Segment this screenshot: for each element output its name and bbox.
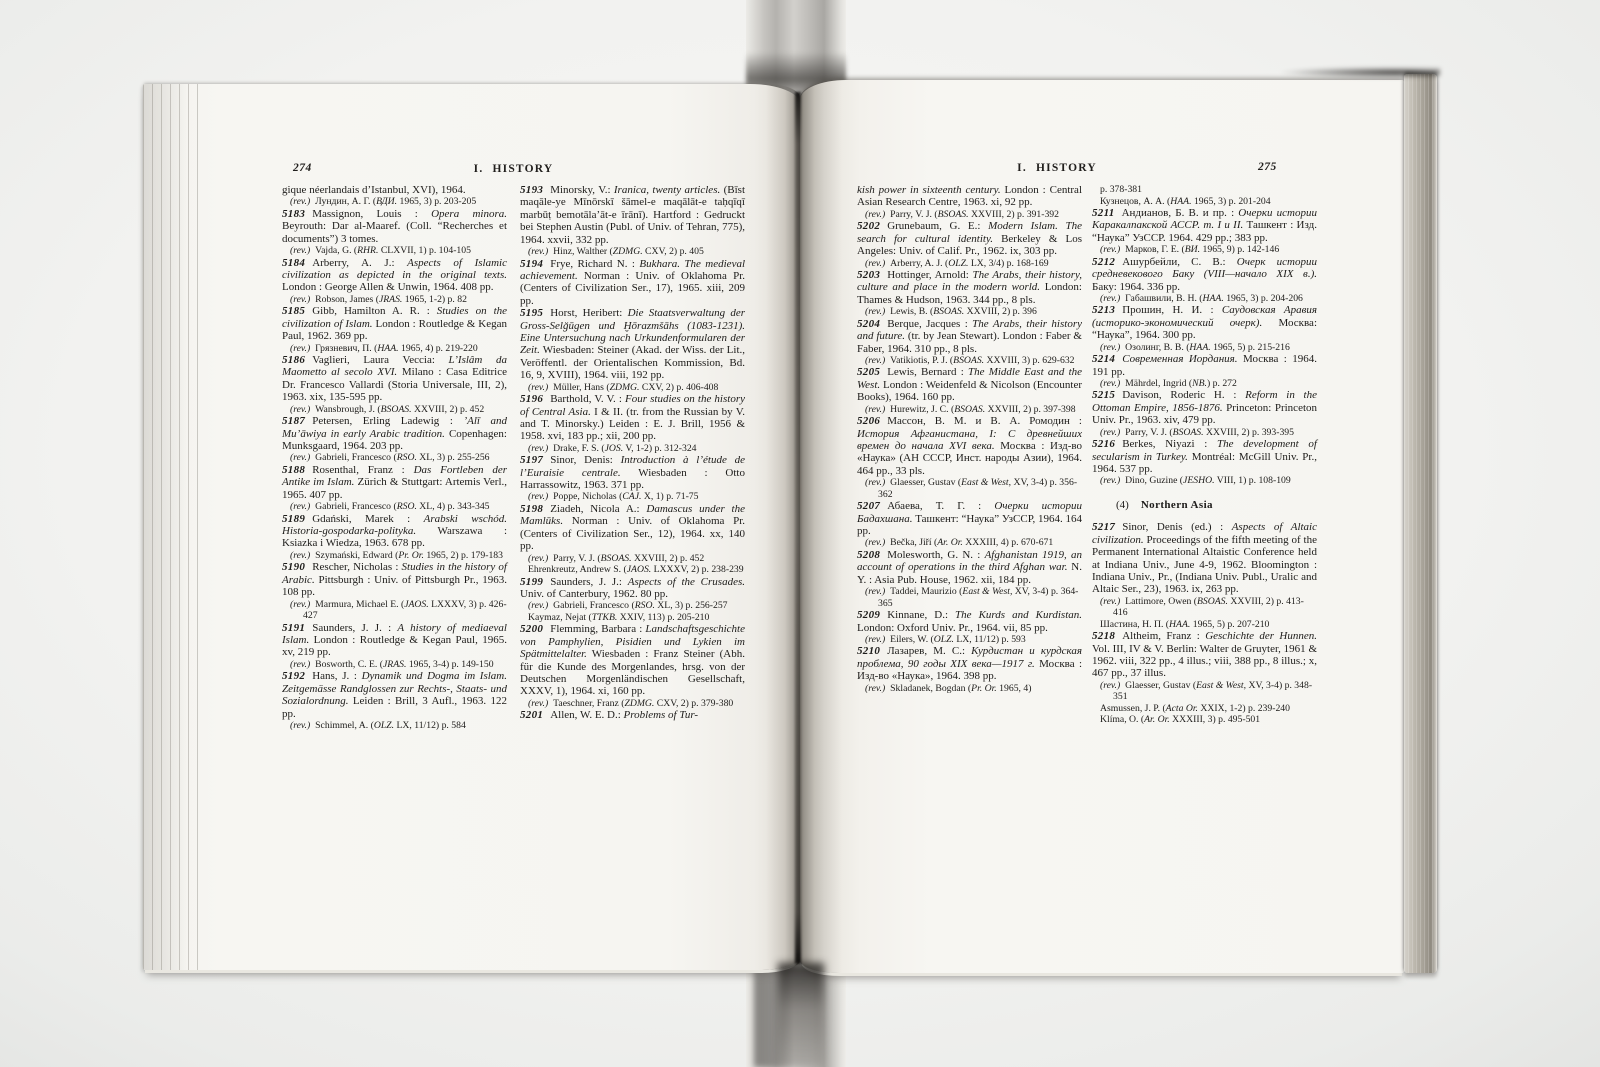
review-line: (rev.)Hinz, Walther (ZDMG. CXV, 2) p. 40… (520, 246, 745, 258)
bib-entry: 5205Lewis, Bernard : The Middle East and… (857, 366, 1082, 403)
plain-text: Altheim, Franz : (1122, 630, 1205, 642)
italic-text: (rev.) (528, 246, 548, 257)
plain-text: Parry, V. J. ( (553, 553, 600, 564)
review-line: (rev.)Vajda, G. (RHR. CLXVII, 1) p. 104-… (282, 245, 507, 257)
plain-text: Taddei, Maurizio ( (890, 586, 962, 597)
entry-number: 5211 (1092, 207, 1115, 219)
entry-number: 5213 (1092, 304, 1115, 316)
plain-text: Poppe, Nicholas ( (553, 491, 622, 502)
plain-text: Klíma, O. ( (1100, 714, 1144, 725)
italic-text: Ar. Or. (1144, 714, 1170, 725)
italic-text: East & West, (1196, 680, 1246, 691)
entry-number: 5205 (857, 366, 880, 378)
entry-number: 5183 (282, 208, 305, 220)
bib-entry: 5207Абаева, Т. Г. : Очерки истории Бадах… (857, 500, 1082, 537)
bib-entry: 5213Прошин, Н. И. : Саудовская Аравия (и… (1092, 304, 1317, 341)
italic-text: (rev.) (528, 491, 548, 502)
plain-text: Gabrieli, Francesco ( (315, 501, 397, 512)
plain-text: Bosworth, C. E. ( (315, 659, 383, 670)
plain-text: Robson, James ( (315, 294, 379, 305)
plain-text: Баку: 1964. 336 pp. (1092, 281, 1180, 293)
bib-entry: 5210Лазарев, М. С.: Курдистан и курдская… (857, 645, 1082, 682)
italic-text: Problems of Tur- (624, 709, 699, 721)
plain-text: Parry, V. J. ( (1125, 427, 1172, 438)
entry-number: 5202 (857, 220, 880, 232)
review-line: (rev.)Parry, V. J. (BSOAS. XXVIII, 2) p.… (520, 553, 745, 565)
book-photo: 274 I. HISTORY gique néerlandais d’Istan… (0, 0, 1600, 1067)
gutter-seam (795, 92, 801, 964)
plain-text: London : Routledge & Kegan Paul, 1965. x… (282, 634, 507, 658)
plain-text: Berkes, Niyazi : (1122, 438, 1217, 450)
bib-entry: 5183Massignon, Louis : Opera minora. Bey… (282, 208, 507, 245)
italic-text: (rev.) (528, 382, 548, 393)
bib-entry: 5187Petersen, Erling Ladewig : ’Alī and … (282, 415, 507, 452)
section-heading: (4)Northern Asia (1092, 499, 1317, 511)
italic-text: (rev.) (1100, 342, 1120, 353)
review-line: (rev.)Hurewitz, J. C. (BSOAS. XXVIII, 2)… (857, 404, 1082, 416)
plain-text: 1965, 9) p. 142-146 (1200, 244, 1279, 255)
plain-text: Davison, Roderic H. : (1122, 389, 1245, 401)
italic-text: (rev.) (1100, 680, 1120, 691)
italic-text: BSOAS. (601, 553, 632, 564)
plain-text: CXV, 2) p. 405 (643, 246, 704, 257)
italic-text: BSOAS. (1173, 427, 1204, 438)
review-line-secondary: Kaymaz, Nejat (TTKB. XXIV, 113) p. 205-2… (520, 612, 745, 624)
plain-text: VIII, 1) p. 108-109 (1215, 475, 1291, 486)
italic-text: (rev.) (1100, 427, 1120, 438)
review-line: (rev.)Vatikiotis, P. J. (BSOAS. XXVIII, … (857, 355, 1082, 367)
plain-text: 1965, 1-2) p. 82 (402, 294, 467, 305)
review-line-secondary: Кузнецов, А. А. (НАА. 1965, 3) p. 201-20… (1092, 196, 1317, 208)
italic-text: RSO. (397, 452, 417, 463)
italic-text: НАА. (1203, 293, 1224, 304)
entry-number: 5198 (520, 503, 543, 515)
italic-text: JAOS. (404, 599, 428, 610)
running-head-left: I. HISTORY (282, 163, 745, 175)
italic-text: The Kurds and Kurdistan. (955, 609, 1082, 621)
page-275: I. HISTORY 275 kish power in sixteenth c… (800, 80, 1404, 973)
italic-text: ВИ. (1185, 244, 1200, 255)
plain-text: Glaesser, Gustav ( (890, 477, 961, 488)
italic-text: (rev.) (865, 306, 885, 317)
entry-number: 5207 (857, 500, 880, 512)
bib-entry: 5212Ашурбейли, С. В.: Очерк истории сред… (1092, 256, 1317, 293)
italic-text: OLZ. (934, 634, 954, 645)
review-line: (rev.)Озолинг, В. В. (НАА. 1965, 5) p. 2… (1092, 342, 1317, 354)
review-line-secondary: Шастина, Н. П. (НАА. 1965, 5) p. 207-210 (1092, 619, 1317, 631)
italic-text: Acta Or. (1166, 703, 1198, 714)
bib-entry: 5217Sinor, Denis (ed.) : Aspects of Alta… (1092, 521, 1317, 595)
review-line: (rev.)Drake, F. S. (JOS. V, 1-2) p. 312-… (520, 443, 745, 455)
italic-text: (rev.) (290, 404, 310, 415)
italic-text: NB. (1192, 378, 1207, 389)
review-line: (rev.)Parry, V. J. (BSOAS. XXVIII, 2) p.… (1092, 427, 1317, 439)
plain-text: Massignon, Louis : (312, 208, 431, 220)
plain-text: Univ. of Canterbury, 1962. 80 pp. (520, 588, 668, 600)
bib-entry: 5199Saunders, J. J.: Aspects of the Crus… (520, 576, 745, 601)
plain-text: Asmussen, J. P. ( (1100, 703, 1166, 714)
review-line: (rev.)Glaesser, Gustav (East & West, XV,… (857, 477, 1082, 500)
plain-text: XXVIII, 2) p. 391-392 (969, 209, 1059, 220)
plain-text: 1965, 3) p. 203-205 (397, 196, 476, 207)
plain-text: (4) (1116, 499, 1129, 511)
plain-text: LXXXV, 2) p. 238-239 (651, 564, 743, 575)
plain-text: Sinor, Denis: (550, 454, 620, 466)
entry-number: 5209 (857, 609, 880, 621)
italic-text: ВДИ. (376, 196, 397, 207)
bib-entry: 5208Molesworth, G. N. : Afghanistan 1919… (857, 549, 1082, 586)
italic-text: East & West, (961, 477, 1011, 488)
plain-text: XXXIII, 4) p. 670-671 (963, 537, 1053, 548)
bib-entry: 5190Rescher, Nicholas : Studies in the h… (282, 561, 507, 598)
plain-text: Озолинг, В. В. ( (1125, 342, 1189, 353)
italic-text: (rev.) (290, 501, 310, 512)
italic-text: (rev.) (1100, 378, 1120, 389)
italic-text: JESHO. (1183, 475, 1214, 486)
plain-text: Frye, Richard N. : (550, 258, 639, 270)
review-line: (rev.)Dino, Guzine (JESHO. VIII, 1) p. 1… (1092, 475, 1317, 487)
plain-text: Шастина, Н. П. ( (1100, 619, 1169, 630)
italic-text: Современная Иордания. (1122, 353, 1237, 365)
plain-text: Skladanek, Bogdan ( (890, 683, 971, 694)
plain-text: Kaymaz, Nejat ( (528, 612, 592, 623)
continuation-text: kish power in sixteenth century. London … (857, 184, 1082, 209)
italic-text: (rev.) (865, 209, 885, 220)
plain-text: Sinor, Denis (ed.) : (1122, 521, 1231, 533)
plain-text: Габашвили, В. Н. ( (1125, 293, 1202, 304)
bib-entry: 5191Saunders, J. J. : A history of media… (282, 622, 507, 659)
bib-entry: 5215Davison, Roderic H. : Reform in the … (1092, 389, 1317, 426)
review-line: (rev.)Лундин, А. Г. (ВДИ. 1965, 3) p. 20… (282, 196, 507, 208)
plain-text: 1965, 3) p. 201-204 (1192, 196, 1271, 207)
plain-text: ) p. 272 (1207, 378, 1237, 389)
italic-text: (rev.) (865, 683, 885, 694)
text-column-4: p. 378-381Кузнецов, А. А. (НАА. 1965, 3)… (1092, 184, 1317, 726)
italic-text: (rev.) (865, 258, 885, 269)
italic-text: (rev.) (865, 634, 885, 645)
italic-text: (rev.) (290, 659, 310, 670)
italic-text: CAJ. (622, 491, 641, 502)
italic-text: BSOAS. (1197, 596, 1228, 607)
bold-text: Northern Asia (1141, 499, 1213, 511)
bib-entry: 5203Hottinger, Arnold: The Arabs, their … (857, 269, 1082, 306)
italic-text: BSOAS. (953, 355, 984, 366)
bib-entry: 5194Frye, Richard N. : Bukhara. The medi… (520, 258, 745, 308)
italic-text: (rev.) (290, 452, 310, 463)
plain-text: Bečka, Jiří ( (890, 537, 937, 548)
plain-text: Barthold, V. V. : (550, 393, 625, 405)
italic-text: НАА. (1169, 619, 1190, 630)
review-line: (rev.)Lattimore, Owen (BSOAS. XXVIII, 2)… (1092, 596, 1317, 619)
bib-entry: 5201Allen, W. E. D.: Problems of Tur- (520, 709, 745, 721)
plain-text: XL, 3) p. 255-256 (417, 452, 490, 463)
entry-number: 5199 (520, 576, 543, 588)
plain-text: Kinnane, D.: (887, 609, 955, 621)
italic-text: (rev.) (528, 600, 548, 611)
plain-text: Szymański, Edward ( (315, 550, 398, 561)
italic-text: (rev.) (290, 245, 310, 256)
plain-text: Грязневич, П. ( (315, 343, 377, 354)
plain-text: Lewis, B. ( (890, 306, 933, 317)
bib-entry: 5200Flemming, Barbara : Landschaftsgesch… (520, 623, 745, 697)
italic-text: Pr. Or. (971, 683, 997, 694)
plain-text: Vajda, G. ( (315, 245, 357, 256)
plain-text: Rosenthal, Franz : (312, 464, 413, 476)
bib-entry: 5198Ziadeh, Nicola A.: Damascus under th… (520, 503, 745, 553)
bib-entry: 5196Barthold, V. V. : Four studies on th… (520, 393, 745, 443)
plain-text: Eilers, W. ( (890, 634, 934, 645)
entry-number: 5204 (857, 318, 880, 330)
italic-text: JOS. (605, 443, 624, 454)
review-line: (rev.)Lewis, B. (BSOAS. XXVIII, 2) p. 39… (857, 306, 1082, 318)
plain-text: XXIV, 113) p. 205-210 (617, 612, 709, 623)
entry-number: 5184 (282, 257, 305, 269)
plain-text: 1965, 2) p. 179-183 (424, 550, 503, 561)
plain-text: Rescher, Nicholas : (312, 561, 401, 573)
plain-text: Прошин, Н. И. : (1122, 304, 1222, 316)
entry-number: 5187 (282, 415, 305, 427)
plain-text: Wansbrough, J. ( (315, 404, 380, 415)
review-line: (rev.)Schimmel, A. (OLZ. LX, 11/12) p. 5… (282, 720, 507, 732)
italic-text: (rev.) (290, 599, 310, 610)
plain-text: 1965, 3) p. 204-206 (1224, 293, 1303, 304)
text-column-1: gique néerlandais d’Istanbul, XVI), 1964… (282, 184, 507, 731)
italic-text: (rev.) (1100, 596, 1120, 607)
review-line: (rev.)Marmura, Michael E. (JAOS. LXXXV, … (282, 599, 507, 622)
entry-number: 5192 (282, 670, 305, 682)
bib-entry: 5209Kinnane, D.: The Kurds and Kurdistan… (857, 609, 1082, 634)
plain-text: Glaesser, Gustav ( (1125, 680, 1196, 691)
italic-text: (rev.) (865, 404, 885, 415)
italic-text: (rev.) (1100, 293, 1120, 304)
entry-number: 5191 (282, 622, 305, 634)
bib-entry: 5195Horst, Heribert: Die Staatsverwaltun… (520, 307, 745, 381)
plain-text: XXVIII, 2) p. 452 (412, 404, 485, 415)
review-line-secondary: Asmussen, J. P. (Acta Or. XXIX, 1-2) p. … (1092, 703, 1317, 715)
plain-text: Hans, J. : (312, 670, 361, 682)
entry-number: 5190 (282, 561, 305, 573)
plain-text: Марков, Г. Е. ( (1125, 244, 1185, 255)
plain-text: XXVIII, 3) p. 629-632 (984, 355, 1074, 366)
plain-text: Lewis, Bernard : (887, 366, 968, 378)
plain-text: Berque, Jacques : (887, 318, 972, 330)
entry-number: 5217 (1092, 521, 1115, 533)
italic-text: BSOAS. (933, 306, 964, 317)
plain-text: Абаева, Т. Г. : (887, 500, 994, 512)
plain-text: Horst, Heribert: (550, 307, 627, 319)
review-line: (rev.)Bosworth, C. E. (JRAS. 1965, 3-4) … (282, 659, 507, 671)
entry-number: 5206 (857, 415, 880, 427)
entry-number: 5214 (1092, 353, 1115, 365)
plain-text: Pittsburgh : Univ. of Pittsburgh Pr., 19… (282, 574, 507, 598)
plain-text: Vatikiotis, P. J. ( (890, 355, 953, 366)
review-line: (rev.)Gabrieli, Francesco (RSO. XL, 3) p… (520, 600, 745, 612)
italic-text: Aspects of the Crusades. (628, 576, 745, 588)
bib-entry: 5185Gibb, Hamilton A. R. : Studies on th… (282, 305, 507, 342)
bib-entry: 5188Rosenthal, Franz : Das Fortleben der… (282, 464, 507, 501)
italic-text: ZDMG. (613, 246, 643, 257)
plain-text: 1965, 5) p. 207-210 (1190, 619, 1269, 630)
plain-text: CXV, 2) p. 379-380 (654, 698, 733, 709)
italic-text: (rev.) (290, 343, 310, 354)
plain-text: Flemming, Barbara : (550, 623, 645, 635)
running-head-right: I. HISTORY (857, 162, 1257, 174)
plain-text: XXVIII, 2) p. 397-398 (985, 404, 1075, 415)
review-line: (rev.)Parry, V. J. (BSOAS. XXVIII, 2) p.… (857, 209, 1082, 221)
bib-entry: 5184Arberry, A. J.: Aspects of Islamic c… (282, 257, 507, 294)
italic-text: (rev.) (865, 537, 885, 548)
review-line: (rev.)Skladanek, Bogdan (Pr. Or. 1965, 4… (857, 683, 1082, 695)
italic-text: TTKB. (592, 612, 618, 623)
entry-number: 5195 (520, 307, 543, 319)
plain-text: London: Oxford Univ. Pr., 1964. vii, 85 … (857, 622, 1048, 634)
italic-text: (rev.) (1100, 244, 1120, 255)
plain-text: Gabrieli, Francesco ( (315, 452, 397, 463)
plain-text: LX, 11/12) p. 593 (954, 634, 1026, 645)
entry-number: 5215 (1092, 389, 1115, 401)
italic-text: Iranica, twenty articles. (614, 184, 720, 196)
plain-text: p. 378-381 (1100, 184, 1142, 195)
plain-text: Drake, F. S. ( (553, 443, 604, 454)
plain-text: Ehrenkreutz, Andrew S. ( (528, 564, 627, 575)
plain-text: Müller, Hans ( (553, 382, 609, 393)
italic-text: Opera minora. (431, 208, 507, 220)
plain-text: Beyrouth: Dar al-Maaref. (Coll. “Recherc… (282, 220, 507, 244)
italic-text: BSOAS. (938, 209, 969, 220)
plain-text: Schimmel, A. ( (315, 720, 374, 731)
review-line: (rev.)Taddei, Maurizio (East & West, XV,… (857, 586, 1082, 609)
bib-entry: 5189Gdański, Marek : Arabski wschód. His… (282, 513, 507, 550)
plain-text: Allen, W. E. D.: (550, 709, 623, 721)
bib-entry: 5204Berque, Jacques : The Arabs, their h… (857, 318, 1082, 355)
review-line: (rev.)Грязневич, П. (НАА. 1965, 4) p. 21… (282, 343, 507, 355)
plain-text: Андианов, Б. В. и пр. : (1122, 207, 1239, 219)
plain-text: Saunders, J. J.: (550, 576, 628, 588)
plain-text: Кузнецов, А. А. ( (1100, 196, 1170, 207)
bib-entry: 5197Sinor, Denis: Introduction à l’étude… (520, 454, 745, 491)
plain-text: LX, 11/12) p. 584 (394, 720, 466, 731)
entry-number: 5200 (520, 623, 543, 635)
plain-text: XXVIII, 2) p. 452 (632, 553, 705, 564)
plain-text: Ашурбейли, С. В.: (1122, 256, 1237, 268)
italic-text: OLZ. (948, 258, 968, 269)
review-line-secondary: p. 378-381 (1092, 184, 1317, 196)
entry-number: 5212 (1092, 256, 1115, 268)
gutter-shadow-bottom (778, 963, 824, 1067)
italic-text: (rev.) (865, 477, 885, 488)
plain-text: CLXVII, 1) p. 104-105 (378, 245, 471, 256)
italic-text: (rev.) (528, 553, 548, 564)
plain-text: Grunebaum, G. E.: (887, 220, 988, 232)
review-line: (rev.)Gabrieli, Francesco (RSO. XL, 4) p… (282, 501, 507, 513)
plain-text: Arberry, A. J.: (312, 257, 407, 269)
entry-number: 5189 (282, 513, 305, 525)
review-line: (rev.)Taeschner, Franz (ZDMG. CXV, 2) p.… (520, 698, 745, 710)
plain-text: XXIX, 1-2) p. 239-240 (1198, 703, 1290, 714)
plain-text: Лундин, А. Г. ( (315, 196, 376, 207)
review-line: (rev.)Glaesser, Gustav (East & West, XV,… (1092, 680, 1317, 703)
plain-text: Hottinger, Arnold: (887, 269, 972, 281)
plain-text: Taeschner, Franz ( (553, 698, 624, 709)
entry-number: 5201 (520, 709, 543, 721)
italic-text: JRAS. (379, 294, 402, 305)
italic-text: ZDMG. (624, 698, 654, 709)
review-line: (rev.)Szymański, Edward (Pr. Or. 1965, 2… (282, 550, 507, 562)
italic-text: BSOAS. (954, 404, 985, 415)
italic-text: (rev.) (528, 698, 548, 709)
italic-text: East & West, (962, 586, 1012, 597)
page-number-right: 275 (1258, 161, 1277, 173)
entry-number: 5218 (1092, 630, 1115, 642)
entry-number: 5185 (282, 305, 305, 317)
plain-text: XXVIII, 2) p. 396 (964, 306, 1037, 317)
top-edge-shadow (1280, 67, 1440, 78)
plain-text: Wiesbaden: Steiner (Akad. der Wiss. der … (520, 344, 745, 381)
plain-text: 1965, 4) (997, 683, 1032, 694)
bib-entry: 5214Современная Иордания. Москва : 1964.… (1092, 353, 1317, 378)
italic-text: НАА. (1170, 196, 1191, 207)
review-line: (rev.)Марков, Г. Е. (ВИ. 1965, 9) p. 142… (1092, 244, 1317, 256)
italic-text: (rev.) (290, 294, 310, 305)
bib-entry: 5211Андианов, Б. В. и пр. : Очерки истор… (1092, 207, 1317, 244)
plain-text: CXV, 2) p. 406-408 (639, 382, 718, 393)
bib-entry: 5193Minorsky, V.: Iranica, twenty articl… (520, 184, 745, 246)
plain-text: 1965, 5) p. 215-216 (1211, 342, 1290, 353)
plain-text: London : George Allen & Unwin, 1964. 408… (282, 281, 494, 293)
italic-text: Pr. Or. (398, 550, 424, 561)
plain-text: 1965, 3-4) p. 149-150 (406, 659, 493, 670)
plain-text: X, 1) p. 71-75 (641, 491, 698, 502)
plain-text: LX, 3/4) p. 168-169 (968, 258, 1048, 269)
review-line: (rev.)Eilers, W. (OLZ. LX, 11/12) p. 593 (857, 634, 1082, 646)
review-line: (rev.)Bečka, Jiří (Ar. Or. XXXIII, 4) p.… (857, 537, 1082, 549)
page-stack-fore-edge (1404, 74, 1437, 973)
plain-text: XL, 3) p. 256-257 (655, 600, 728, 611)
plain-text: 1965, 4) p. 219-220 (399, 343, 478, 354)
plain-text: gique néerlandais d’Istanbul, XVI), 1964… (282, 184, 466, 196)
italic-text: OLZ. (374, 720, 394, 731)
review-line-secondary: Ehrenkreutz, Andrew S. (JAOS. LXXXV, 2) … (520, 564, 745, 576)
review-line: (rev.)Gabrieli, Francesco (RSO. XL, 3) p… (282, 452, 507, 464)
plain-text: XXXIII, 3) p. 495-501 (1170, 714, 1260, 725)
review-line: (rev.)Robson, James (JRAS. 1965, 1-2) p.… (282, 294, 507, 306)
italic-text: Geschichte der Hunnen. (1205, 630, 1317, 642)
plain-text: XXVIII, 2) p. 393-395 (1204, 427, 1294, 438)
plain-text: Dino, Guzine ( (1125, 475, 1183, 486)
plain-text: Gabrieli, Francesco ( (553, 600, 635, 611)
plain-text: Minorsky, V.: (550, 184, 614, 196)
italic-text: НАА. (377, 343, 398, 354)
entry-number: 5196 (520, 393, 543, 405)
entry-number: 5208 (857, 549, 880, 561)
continuation-text: gique néerlandais d’Istanbul, XVI), 1964… (282, 184, 507, 196)
italic-text: (rev.) (1100, 475, 1120, 486)
italic-text: НАА. (1189, 342, 1210, 353)
entry-number: 5194 (520, 258, 543, 270)
italic-text: (rev.) (290, 550, 310, 561)
bib-entry: 5218Altheim, Franz : Geschichte der Hunn… (1092, 630, 1317, 680)
entry-number: 5193 (520, 184, 543, 196)
plain-text: Vaglieri, Laura Veccia: (312, 354, 448, 366)
review-line: (rev.)Müller, Hans (ZDMG. CXV, 2) p. 406… (520, 382, 745, 394)
entry-number: 5197 (520, 454, 543, 466)
bib-entry: 5186Vaglieri, Laura Veccia: L’Islâm da M… (282, 354, 507, 404)
bib-entry: 5202Grunebaum, G. E.: Modern Islam. The … (857, 220, 1082, 257)
page-274: 274 I. HISTORY gique néerlandais d’Istan… (143, 84, 800, 970)
entry-number: 5210 (857, 645, 880, 657)
italic-text: RSO. (635, 600, 655, 611)
italic-text: JRAS. (383, 659, 406, 670)
